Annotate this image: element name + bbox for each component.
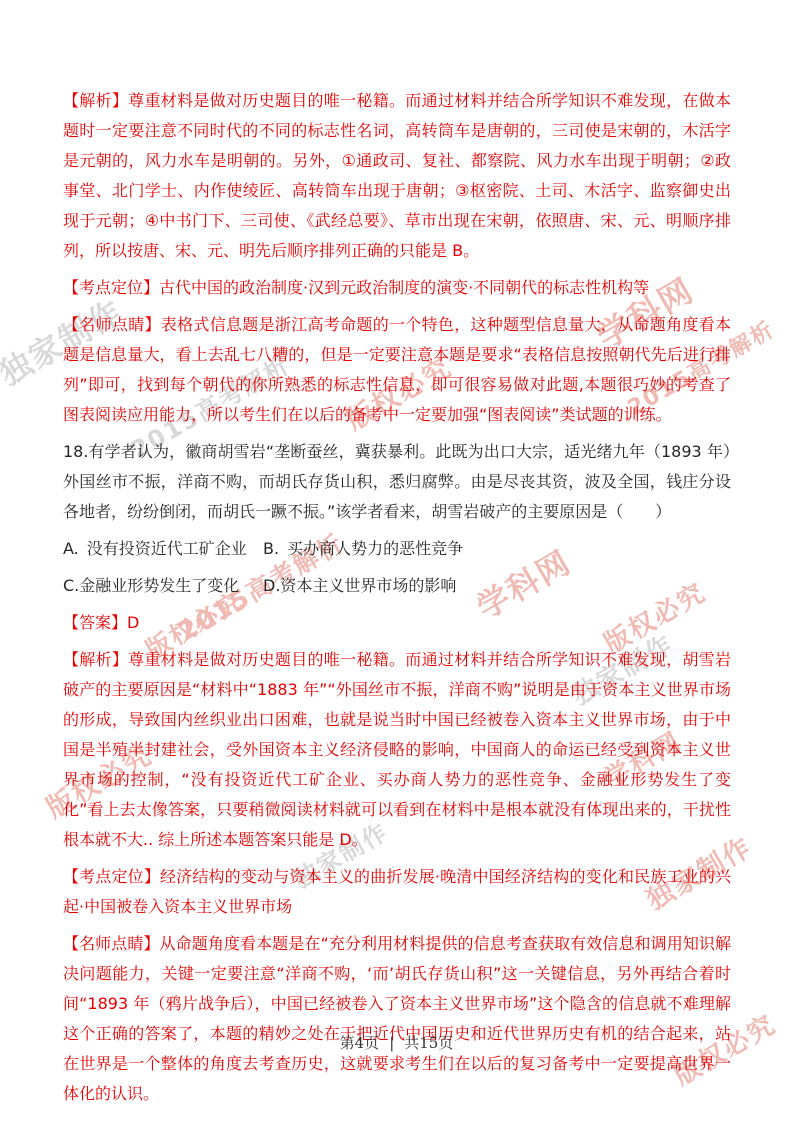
- q18-teacher-tip-paragraph: 【名师点睛】从命题角度看本题是在“充分利用材料提供的信息考查获取有效信息和调用知…: [63, 929, 731, 1109]
- question-18-stem: 18.有学者认为，徽商胡雪岩“垄断蚕丝，冀获暴利。此既为出口大宗，适光绪九年（1…: [63, 437, 731, 527]
- q17-analysis-paragraph: 【解析】尊重材料是做对历史题目的唯一秘籍。而通过材料并结合所学知识不难发现，在做…: [63, 86, 731, 266]
- options-row-ab: A. 没有投资近代工矿企业 B. 买办商人势力的恶性竞争: [63, 534, 731, 564]
- footer-total-pages: 共15页: [404, 1034, 453, 1052]
- page-footer: 第4页|共15页: [0, 1032, 793, 1053]
- document-page: 独家制作 2015高考解析 版权必究 学科网 2015高考解析 2015高考解析…: [0, 0, 793, 1122]
- option-d-label: D.: [263, 571, 280, 601]
- q17-exam-point-paragraph: 【考点定位】古代中国的政治制度·汉到元政治制度的演变·不同朝代的标志性机构等: [63, 273, 731, 303]
- option-c: C. 金融业形势发生了变化: [63, 571, 263, 601]
- option-a: A. 没有投资近代工矿企业: [63, 534, 263, 564]
- options-row-cd: C. 金融业形势发生了变化 D. 资本主义世界市场的影响: [63, 571, 731, 601]
- option-b-label: B.: [263, 534, 279, 564]
- option-b-text: 买办商人势力的恶性竞争: [287, 534, 463, 564]
- option-a-text: 没有投资近代工矿企业: [87, 534, 247, 564]
- q18-analysis-paragraph: 【解析】尊重材料是做对历史题目的唯一秘籍。而通过材料并结合所学知识不难发现，胡雪…: [63, 645, 731, 855]
- document-content: 【解析】尊重材料是做对历史题目的唯一秘籍。而通过材料并结合所学知识不难发现，在做…: [63, 86, 731, 1116]
- q18-exam-point-paragraph: 【考点定位】经济结构的变动与资本主义的曲折发展·晚清中国经济结构的变化和民族工业…: [63, 862, 731, 922]
- option-c-text: 金融业形势发生了变化: [79, 571, 239, 601]
- footer-separator: |: [389, 1034, 394, 1052]
- option-d: D. 资本主义世界市场的影响: [263, 571, 456, 601]
- option-c-label: C.: [63, 571, 79, 601]
- option-b: B. 买办商人势力的恶性竞争: [263, 534, 463, 564]
- q18-answer-line: 【答案】D: [63, 608, 731, 638]
- option-d-text: 资本主义世界市场的影响: [280, 571, 456, 601]
- footer-current-page: 第4页: [340, 1034, 380, 1052]
- q17-teacher-tip-paragraph: 【名师点睛】表格式信息题是浙江高考命题的一个特色，这种题型信息量大，从命题角度看…: [63, 310, 731, 430]
- option-a-label: A.: [63, 534, 79, 564]
